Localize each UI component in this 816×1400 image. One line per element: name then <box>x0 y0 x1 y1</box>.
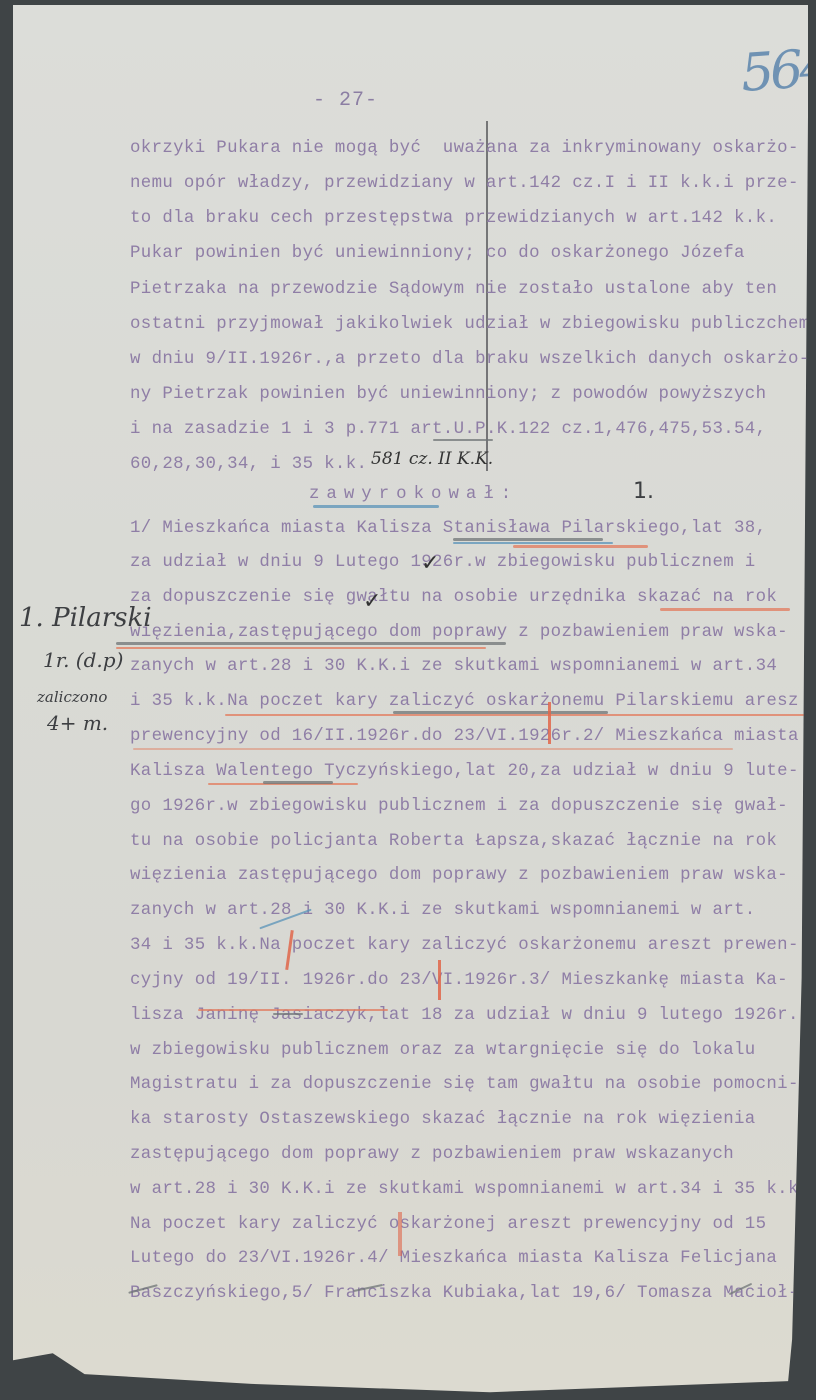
red-divider-mark <box>548 702 551 744</box>
underline-mark <box>660 608 790 611</box>
verdict-line: Na poczet kary zaliczyć oskarżonej aresz… <box>130 1215 766 1234</box>
underline-mark <box>453 542 613 544</box>
verdict-line: za dopuszczenie się gwałtu na osobie urz… <box>130 588 777 607</box>
red-divider-mark <box>438 960 441 1000</box>
check-mark-icon: ✓ <box>421 551 439 576</box>
text-line: Pietrzaka na przewodzie Sądowym nie zost… <box>130 280 777 299</box>
underline-mark <box>433 439 493 441</box>
verdict-line: go 1926r.w zbiegowisku publicznem i za d… <box>130 797 788 816</box>
verdict-line: więzienia,zastępującego dom poprawy z po… <box>130 623 788 642</box>
check-mark-icon: ✓ <box>363 589 381 614</box>
verdict-line: Kalisza Walentego Tyczyńskiego,lat 20,za… <box>130 762 799 781</box>
underline-mark <box>116 642 506 645</box>
verdict-line: ka starosty Ostaszewskiego skazać łączni… <box>130 1110 756 1129</box>
verdict-line: za udział w dniu 9 Lutego 1926r.w zbiego… <box>130 553 756 572</box>
verdict-line: Lutego do 23/VI.1926r.4/ Mieszkańca mias… <box>130 1249 777 1268</box>
verdict-line: Magistratu i za dopuszczenie się tam gwa… <box>130 1075 799 1094</box>
verdict-line: zastępującego dom poprawy z pozbawieniem… <box>130 1145 734 1164</box>
text-line: ny Pietrzak powinien być uniewinniony; z… <box>130 385 766 404</box>
underline-mark <box>453 538 603 541</box>
underline-mark <box>273 1013 303 1015</box>
folio-number: 564 <box>739 38 816 104</box>
underline-mark <box>116 647 486 649</box>
text-line: okrzyki Pukara nie mogą być uważana za i… <box>130 139 799 158</box>
underline-mark <box>198 1009 388 1011</box>
verdict-line: tu na osobie policjanta Roberta Łapsza,s… <box>130 832 777 851</box>
text-line: ostatni przyjmował jakikolwiek udział w … <box>130 315 810 334</box>
underline-mark <box>393 711 608 714</box>
verdict-line: zanych w art.28 i 30 K.K.i ze skutkami w… <box>130 657 777 676</box>
text-line: 60,28,30,34, i 35 k.k. <box>130 455 367 474</box>
margin-note: 1r. (d.p) <box>43 648 123 672</box>
margin-note: 4+ m. <box>47 711 108 735</box>
handwritten-insert: 581 cz. II K.K. <box>371 449 493 469</box>
verdict-heading: zawyrokował: <box>309 485 518 504</box>
underline-mark <box>513 545 648 548</box>
text-line: to dla braku cech przestępstwa przewidzi… <box>130 209 777 228</box>
margin-note: zaliczono <box>37 688 107 706</box>
underline-mark <box>313 505 439 508</box>
document-page: - 27- 564 okrzyki Pukara nie mogą być uw… <box>13 5 808 1395</box>
verdict-line: zanych w art.28 i 30 K.K.i ze skutkami w… <box>130 901 756 920</box>
verdict-line: 1/ Mieszkańca miasta Kalisza Stanisława … <box>130 519 766 538</box>
text-line: Pukar powinien być uniewinniony; co do o… <box>130 244 745 263</box>
verdict-line: prewencyjny od 16/II.1926r.do 23/VI.1926… <box>130 727 799 746</box>
text-line: i na zasadzie 1 i 3 p.771 art.U.P.K.122 … <box>130 420 766 439</box>
verdict-line: cyjny od 19/II. 1926r.do 23/VI.1926r.3/ … <box>130 971 788 990</box>
text-line: nemu opór władzy, przewidziany w art.142… <box>130 174 799 193</box>
underline-mark <box>225 714 810 716</box>
page-number: - 27- <box>313 89 378 112</box>
verdict-line: Baszczyńskiego,5/ Franciszka Kubiaka,lat… <box>130 1284 799 1303</box>
red-divider-mark <box>398 1212 402 1256</box>
verdict-line: 34 i 35 k.k.Na poczet kary zaliczyć oska… <box>130 936 799 955</box>
verdict-line: w zbiegowisku publicznem oraz za wtargni… <box>130 1041 756 1060</box>
handwritten-number: 1. <box>633 479 654 504</box>
verdict-line: w art.28 i 30 K.K.i ze skutkami wspomnia… <box>130 1180 810 1199</box>
text-line: w dniu 9/II.1926r.,a przeto dla braku ws… <box>130 350 810 369</box>
margin-note: 1. Pilarski <box>19 603 152 633</box>
verdict-line: więzienia zastępującego dom poprawy z po… <box>130 866 788 885</box>
verdict-line: i 35 k.k.Na poczet kary zaliczyć oskarżo… <box>130 692 799 711</box>
underline-mark <box>263 781 333 784</box>
underline-mark <box>133 748 733 750</box>
